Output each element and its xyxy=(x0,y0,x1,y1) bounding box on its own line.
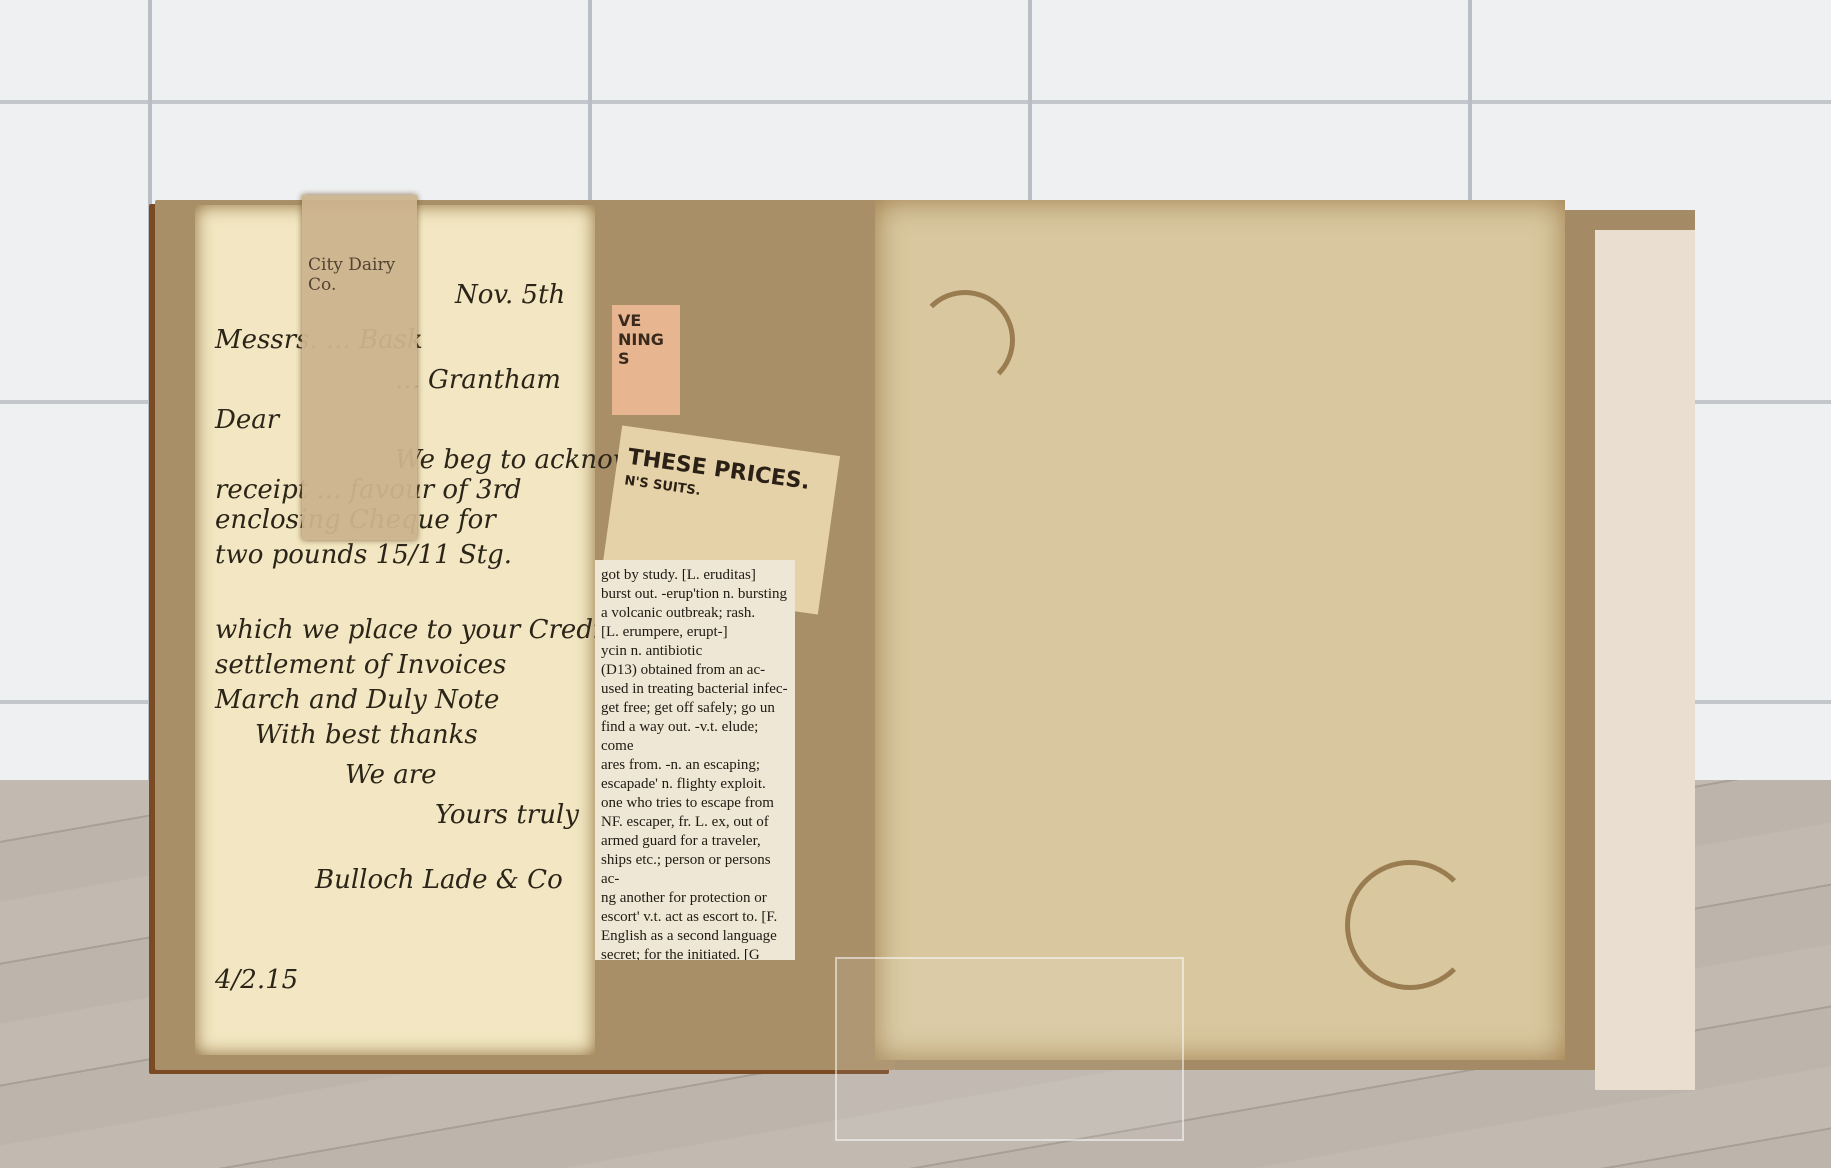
letter-line: two pounds 15/11 Stg. xyxy=(215,540,512,570)
ticket-line: S xyxy=(618,349,674,368)
dict-line: get free; get off safely; go un xyxy=(601,699,789,718)
acrylic-book-stand xyxy=(835,957,1184,1141)
dairy-receipt-tag: City Dairy Co. xyxy=(302,195,417,540)
dict-line: English as a second language xyxy=(601,927,789,946)
dict-line: escapade' n. flighty exploit. xyxy=(601,775,789,794)
dict-line: escort' v.t. act as escort to. [F. xyxy=(601,908,789,927)
dict-line: ycin n. antibiotic xyxy=(601,642,789,661)
dict-line: a volcanic outbreak; rash. xyxy=(601,604,789,623)
letter-line: ... Grantham xyxy=(395,365,561,395)
letter-line: Nov. 5th xyxy=(455,280,565,310)
dict-line: find a way out. -v.t. elude; come xyxy=(601,718,789,756)
dict-line: ng another for protection or xyxy=(601,889,789,908)
side-insert-pages xyxy=(1595,230,1695,1090)
letter-line: Dear xyxy=(215,405,279,435)
dict-line: ships etc.; person or persons ac- xyxy=(601,851,789,889)
letter-line: We are xyxy=(345,760,437,790)
dict-line: burst out. -erup'tion n. bursting xyxy=(601,585,789,604)
dict-line: (D13) obtained from an ac- xyxy=(601,661,789,680)
ticket-line: VE xyxy=(618,311,674,330)
tag-brand: City Dairy Co. xyxy=(308,255,417,295)
dict-line: one who tries to escape from xyxy=(601,794,789,813)
ticket-line: NING xyxy=(618,330,674,349)
dict-line: got by study. [L. eruditas] xyxy=(601,566,789,585)
letter-line: which we place to your Credit xyxy=(215,615,612,645)
blank-stained-page xyxy=(875,200,1565,1060)
ticket-scrap: VE NING S xyxy=(612,305,680,415)
letter-line: Bulloch Lade & Co xyxy=(315,865,563,895)
dictionary-page-scrap: got by study. [L. eruditas] burst out. -… xyxy=(595,560,795,960)
dict-line: secret; for the initiated. [G xyxy=(601,946,789,960)
letter-line: With best thanks xyxy=(255,720,478,750)
letter-line: Yours truly xyxy=(435,800,579,830)
coffee-ring-stain xyxy=(1345,860,1475,990)
dict-line: ares from. -n. an escaping; xyxy=(601,756,789,775)
letter-line: settlement of Invoices xyxy=(215,650,506,680)
dict-line: used in treating bacterial infec- xyxy=(601,680,789,699)
dict-line: armed guard for a traveler, xyxy=(601,832,789,851)
letter-line: 4/2.15 xyxy=(215,965,298,995)
left-page: Nov. 5th Messrs. ... Bask ... Grantham D… xyxy=(155,200,895,1070)
coffee-ring-stain xyxy=(915,290,1015,390)
junk-journal: Nov. 5th Messrs. ... Bask ... Grantham D… xyxy=(135,200,1695,1080)
dict-line: NF. escaper, fr. L. ex, out of xyxy=(601,813,789,832)
dict-line: [L. erumpere, erupt-] xyxy=(601,623,789,642)
letter-line: March and Duly Note xyxy=(215,685,499,715)
